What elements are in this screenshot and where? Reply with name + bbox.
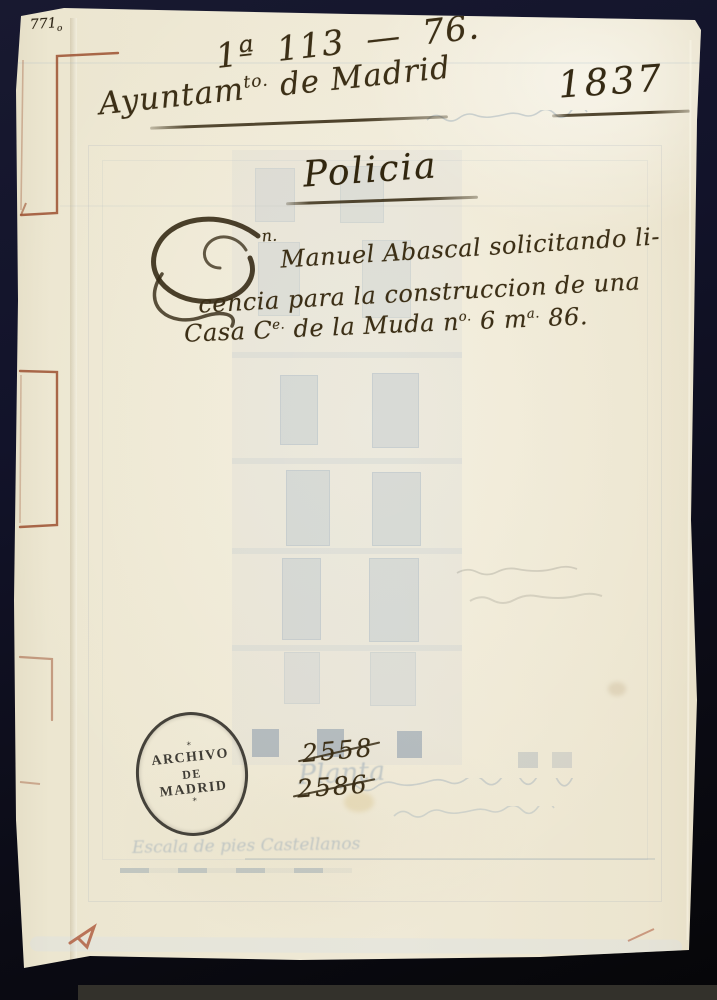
manuscript-page: Planta Escala de pies Castellanos 771o 1… [0,0,717,1000]
binding-stitches [0,0,717,1000]
archival-scan: Planta Escala de pies Castellanos 771o 1… [0,0,717,1000]
underlying-page-edge [78,985,717,1000]
